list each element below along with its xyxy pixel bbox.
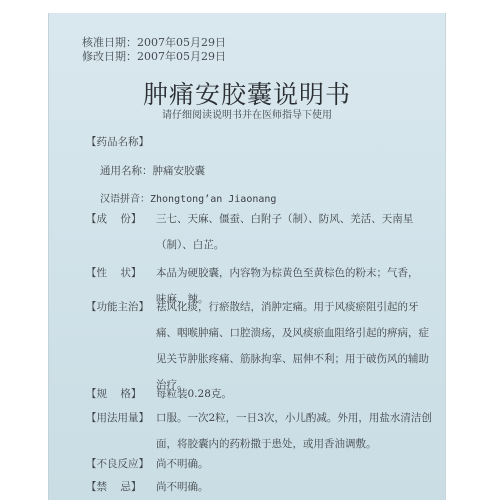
section-label: 【性 状】 — [86, 260, 154, 286]
section-dosage: 【用法用量】 口服。一次2粒，一日3次，小儿酌减。外用，用盐水清洁创 面，将胶囊… — [86, 405, 154, 431]
dates-block: 核准日期：2007年05月29日 修改日期：2007年05月29日 — [82, 36, 226, 64]
section-line: 见关节肿胀疼痛、筋脉拘挛、屈伸不利；用于破伤风的辅助 — [156, 346, 429, 372]
section-specification: 【规 格】 每粒装0.28克。 — [86, 381, 154, 407]
drug-name-heading: 【药品名称】 — [86, 129, 149, 155]
section-label: 【功能主治】 — [86, 294, 154, 320]
section-label: 【用法用量】 — [86, 405, 154, 431]
revision-date: 修改日期：2007年05月29日 — [82, 50, 226, 64]
section-line: 口服。一次2粒，一日3次，小儿酌减。外用，用盐水清洁创 — [156, 405, 432, 431]
section-line: 三七、天麻、僵蚕、白附子（制）、防风、羌活、天南星 — [156, 206, 413, 232]
approval-date: 核准日期：2007年05月29日 — [82, 36, 226, 50]
section-line: 祛风化痰，行瘀散结，消肿定痛。用于风痰瘀阻引起的牙 — [156, 294, 419, 320]
instruction-leaflet: 核准日期：2007年05月29日 修改日期：2007年05月29日 肿痛安胶囊说… — [48, 13, 446, 500]
section-description: 【性 状】 本品为硬胶囊，内容物为棕黄色至黄棕色的粉末；气香， 味麻、辣。 — [86, 260, 154, 286]
section-line: （制）、白芷。 — [156, 232, 224, 258]
section-line: 每粒装0.28克。 — [156, 381, 232, 407]
generic-name: 通用名称：肿痛安胶囊 — [100, 163, 205, 178]
section-line: 尚不明确。 — [156, 474, 209, 500]
section-label: 【成 份】 — [86, 206, 154, 232]
section-indications: 【功能主治】 祛风化痰，行瘀散结，消肿定痛。用于风痰瘀阻引起的牙 痛、咽喉肿痛、… — [86, 294, 154, 320]
section-label: 【规 格】 — [86, 381, 154, 407]
section-label: 【禁 忌】 — [86, 474, 154, 500]
section-line: 痛、咽喉肿痛、口腔溃疡，及风痰瘀血阻络引起的痹病，症 — [156, 320, 429, 346]
section-line: 本品为硬胶囊，内容物为棕黄色至黄棕色的粉末；气香， — [156, 260, 419, 286]
section-contraindications: 【禁 忌】 尚不明确。 — [86, 474, 154, 500]
document-subtitle: 请仔细阅读说明书并在医师指导下使用 — [49, 106, 445, 121]
pinyin-name: 汉语拼音：Zhongtong’an Jiaonang — [100, 190, 276, 205]
section-ingredients: 【成 份】 三七、天麻、僵蚕、白附子（制）、防风、羌活、天南星 （制）、白芷。 — [86, 206, 154, 232]
